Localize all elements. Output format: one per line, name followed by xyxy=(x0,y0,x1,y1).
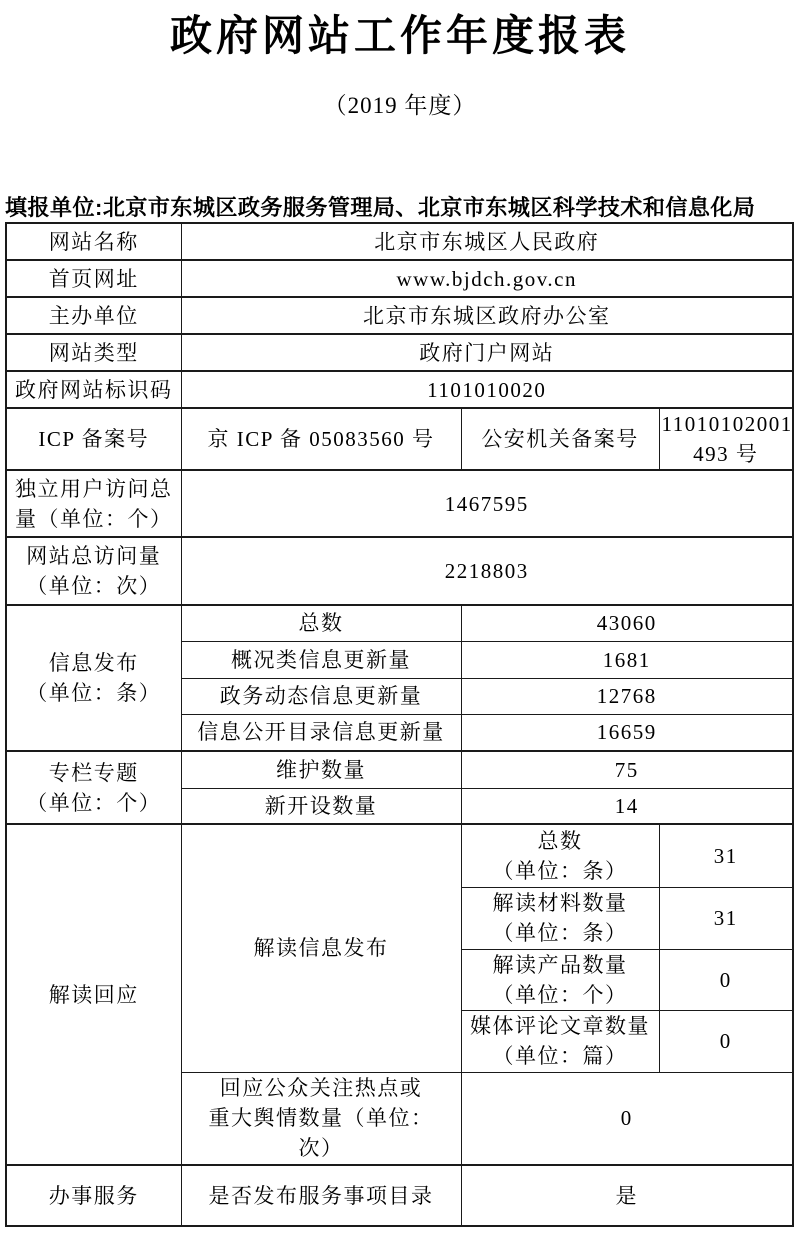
page-title: 政府网站工作年度报表 xyxy=(0,12,800,60)
total-visits-value: 2218803 xyxy=(181,537,793,605)
row-site-code: 政府网站标识码 1101010020 xyxy=(6,371,793,408)
unique-visitors-value: 1467595 xyxy=(181,470,793,537)
site-type-value: 政府门户网站 xyxy=(181,334,793,371)
open-dir-update-label: 信息公开目录信息更新量 xyxy=(181,714,461,751)
row-site-type: 网站类型 政府门户网站 xyxy=(6,334,793,371)
info-publish-group-label: 信息发布 （单位：条） xyxy=(6,605,181,751)
interpretation-materials-value: 31 xyxy=(659,887,793,949)
police-filing-label: 公安机关备案号 xyxy=(461,408,659,470)
police-filing-number: 11010102001 493 号 xyxy=(659,408,793,470)
overview-update-label: 概况类信息更新量 xyxy=(181,641,461,678)
maintained-count-label: 维护数量 xyxy=(181,751,461,788)
interpretation-publish-label: 解读信息发布 xyxy=(181,824,461,1072)
maintained-count-value: 75 xyxy=(461,751,793,788)
special-columns-group-label: 专栏专题 （单位：个） xyxy=(6,751,181,824)
site-name-value: 北京市东城区人民政府 xyxy=(181,223,793,260)
row-site-name: 网站名称 北京市东城区人民政府 xyxy=(6,223,793,260)
interpretation-total-value: 31 xyxy=(659,824,793,887)
row-icp: ICP 备案号 京 ICP 备 05083560 号 公安机关备案号 11010… xyxy=(6,408,793,470)
report-year: （2019 年度） xyxy=(0,93,800,119)
hotspot-response-value: 0 xyxy=(461,1072,793,1165)
organizer-value: 北京市东城区政府办公室 xyxy=(181,297,793,334)
services-group-label: 办事服务 xyxy=(6,1165,181,1226)
info-publish-total-value: 43060 xyxy=(461,605,793,641)
filing-unit-line: 填报单位:北京市东城区政务服务管理局、北京市东城区科学技术和信息化局 xyxy=(5,196,800,220)
interpretation-group-label: 解读回应 xyxy=(6,824,181,1165)
site-name-label: 网站名称 xyxy=(6,223,181,260)
site-code-label: 政府网站标识码 xyxy=(6,371,181,408)
unique-visitors-label: 独立用户访问总 量（单位：个） xyxy=(6,470,181,537)
open-dir-update-value: 16659 xyxy=(461,714,793,751)
row-service-catalog: 办事服务 是否发布服务事项目录 是 xyxy=(6,1165,793,1226)
interpretation-products-value: 0 xyxy=(659,949,793,1010)
media-articles-value: 0 xyxy=(659,1010,793,1072)
row-unique-visitors: 独立用户访问总 量（单位：个） 1467595 xyxy=(6,470,793,537)
row-homepage: 首页网址 www.bjdch.gov.cn xyxy=(6,260,793,297)
interpretation-materials-label: 解读材料数量 （单位：条） xyxy=(461,887,659,949)
row-organizer: 主办单位 北京市东城区政府办公室 xyxy=(6,297,793,334)
service-catalog-label: 是否发布服务事项目录 xyxy=(181,1165,461,1226)
gov-news-update-value: 12768 xyxy=(461,678,793,714)
media-articles-label: 媒体评论文章数量 （单位：篇） xyxy=(461,1010,659,1072)
hotspot-response-label: 回应公众关注热点或 重大舆情数量（单位： 次） xyxy=(181,1072,461,1165)
row-info-publish-total: 信息发布 （单位：条） 总数 43060 xyxy=(6,605,793,641)
row-interpretation-total: 解读回应 解读信息发布 总数 （单位：条） 31 xyxy=(6,824,793,887)
interpretation-products-label: 解读产品数量 （单位：个） xyxy=(461,949,659,1010)
row-total-visits: 网站总访问量 （单位：次） 2218803 xyxy=(6,537,793,605)
homepage-label: 首页网址 xyxy=(6,260,181,297)
icp-label: ICP 备案号 xyxy=(6,408,181,470)
homepage-value: www.bjdch.gov.cn xyxy=(181,260,793,297)
organizer-label: 主办单位 xyxy=(6,297,181,334)
icp-number: 京 ICP 备 05083560 号 xyxy=(181,408,461,470)
service-catalog-value: 是 xyxy=(461,1165,793,1226)
annual-report-table: 网站名称 北京市东城区人民政府 首页网址 www.bjdch.gov.cn 主办… xyxy=(5,222,794,1227)
site-code-value: 1101010020 xyxy=(181,371,793,408)
new-columns-value: 14 xyxy=(461,788,793,824)
info-publish-total-label: 总数 xyxy=(181,605,461,641)
site-type-label: 网站类型 xyxy=(6,334,181,371)
overview-update-value: 1681 xyxy=(461,641,793,678)
new-columns-label: 新开设数量 xyxy=(181,788,461,824)
report-page: 政府网站工作年度报表 （2019 年度） 填报单位:北京市东城区政务服务管理局、… xyxy=(0,0,800,1243)
row-columns-maintained: 专栏专题 （单位：个） 维护数量 75 xyxy=(6,751,793,788)
gov-news-update-label: 政务动态信息更新量 xyxy=(181,678,461,714)
total-visits-label: 网站总访问量 （单位：次） xyxy=(6,537,181,605)
interpretation-total-label: 总数 （单位：条） xyxy=(461,824,659,887)
